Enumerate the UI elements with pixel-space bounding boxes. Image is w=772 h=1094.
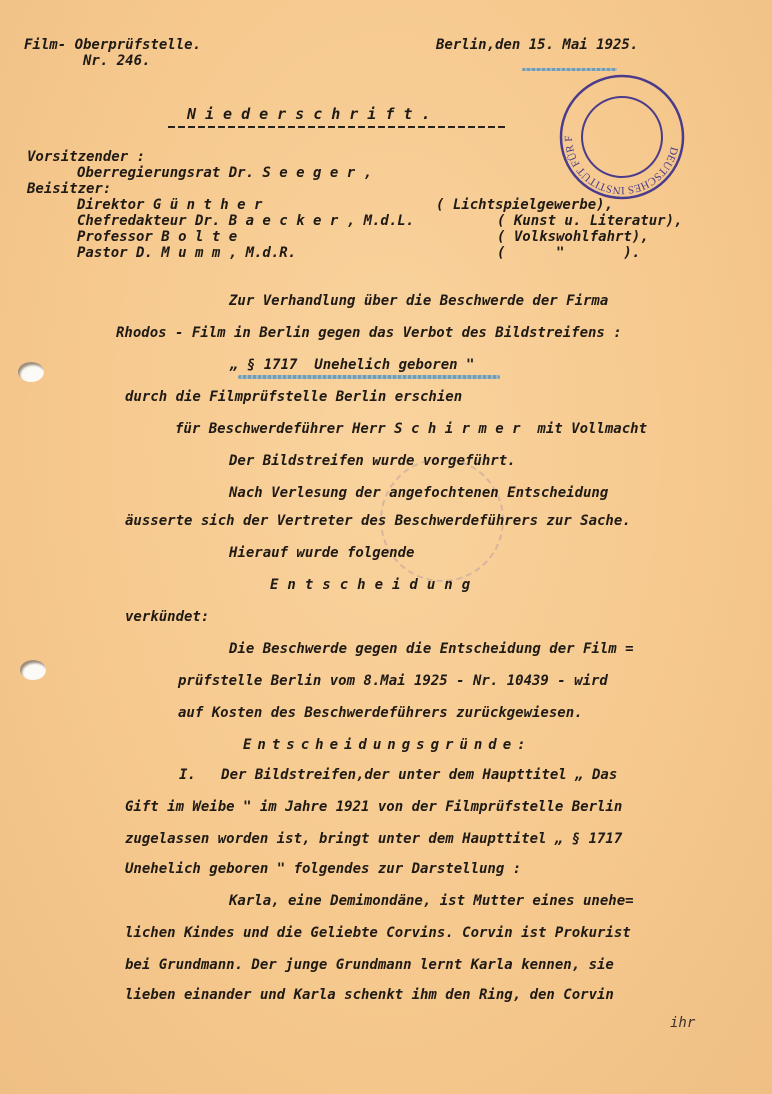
body-line: Rhodos - Film in Berlin gegen das Verbot…: [116, 325, 622, 341]
assessor-name: Pastor D. M u m m , M.d.R.: [77, 245, 296, 261]
reasons-heading: Entscheidungsgründe:: [243, 737, 532, 753]
reasons-line: Gift im Weibe " im Jahre 1921 von der Fi…: [125, 799, 622, 815]
reasons-line: bei Grundmann. Der junge Grundmann lernt…: [125, 957, 614, 973]
title-underline: [168, 126, 508, 128]
announced-label: verkündet:: [125, 609, 209, 625]
reasons-line: lieben einander und Karla schenkt ihm de…: [125, 987, 614, 1003]
punch-hole-top: [18, 362, 44, 382]
body-line: Hierauf wurde folgende: [229, 545, 414, 561]
body-line: Der Bildstreifen wurde vorgeführt.: [229, 453, 516, 469]
assessors-label: Beisitzer:: [27, 181, 111, 197]
body-line: äusserte sich der Vertreter des Beschwer…: [125, 513, 631, 529]
catchword: ihr: [670, 1015, 695, 1031]
reasons-line: Karla, eine Demimondäne, ist Mutter eine…: [229, 893, 634, 909]
assessor-field: ( Lichtspielgewerbe),: [436, 197, 613, 213]
file-number: Nr. 246.: [83, 53, 150, 69]
assessor-name: Direktor G ü n t h e r: [77, 197, 262, 213]
assessor-name: Professor B o l t e: [77, 229, 237, 245]
document-title: Niederschrift.: [187, 106, 439, 122]
reasons-line: zugelassen worden ist, bringt unter dem …: [125, 831, 622, 847]
body-line: Nach Verlesung der angefochtenen Entsche…: [229, 485, 608, 501]
ruling-line: auf Kosten des Beschwerdeführers zurückg…: [178, 705, 583, 721]
reasons-line: lichen Kindes und die Geliebte Corvins. …: [125, 925, 631, 941]
decision-heading: Entscheidung: [270, 577, 479, 593]
ruling-line: prüfstelle Berlin vom 8.Mai 1925 - Nr. 1…: [178, 673, 608, 689]
body-line: Zur Verhandlung über die Beschwerde der …: [229, 293, 608, 309]
punch-hole-bottom: [20, 660, 46, 680]
body-line: durch die Filmprüfstelle Berlin erschien: [125, 389, 462, 405]
chair-label: Vorsitzender :: [27, 149, 145, 165]
place-date: Berlin,den 15. Mai 1925.: [436, 37, 638, 53]
body-line: für Beschwerdeführer Herr S c h i r m e …: [175, 421, 647, 437]
reasons-line: Unehelich geboren " folgendes zur Darste…: [125, 861, 521, 877]
office-name: Film- Oberprüfstelle.: [24, 37, 201, 53]
assessor-field: ( " ).: [497, 245, 640, 261]
chair-name: Oberregierungsrat Dr. S e e g e r ,: [77, 165, 372, 181]
reasons-line: I. Der Bildstreifen,der unter dem Hauptt…: [179, 767, 617, 783]
assessor-field: ( Kunst u. Literatur),: [497, 213, 682, 229]
assessor-name: Chefredakteur Dr. B a e c k e r , M.d.L.: [77, 213, 414, 229]
assessor-field: ( Volkswohlfahrt),: [497, 229, 649, 245]
institute-stamp: DEUTSCHES INSTITUT FÜR FILMKUNDE E.V. *: [558, 73, 686, 201]
film-title: „ § 1717 Unehelich geboren ": [230, 357, 474, 373]
crayon-mark-date: [522, 68, 617, 71]
crayon-underline-film-title: [238, 375, 500, 379]
ruling-line: Die Beschwerde gegen die Entscheidung de…: [229, 641, 634, 657]
